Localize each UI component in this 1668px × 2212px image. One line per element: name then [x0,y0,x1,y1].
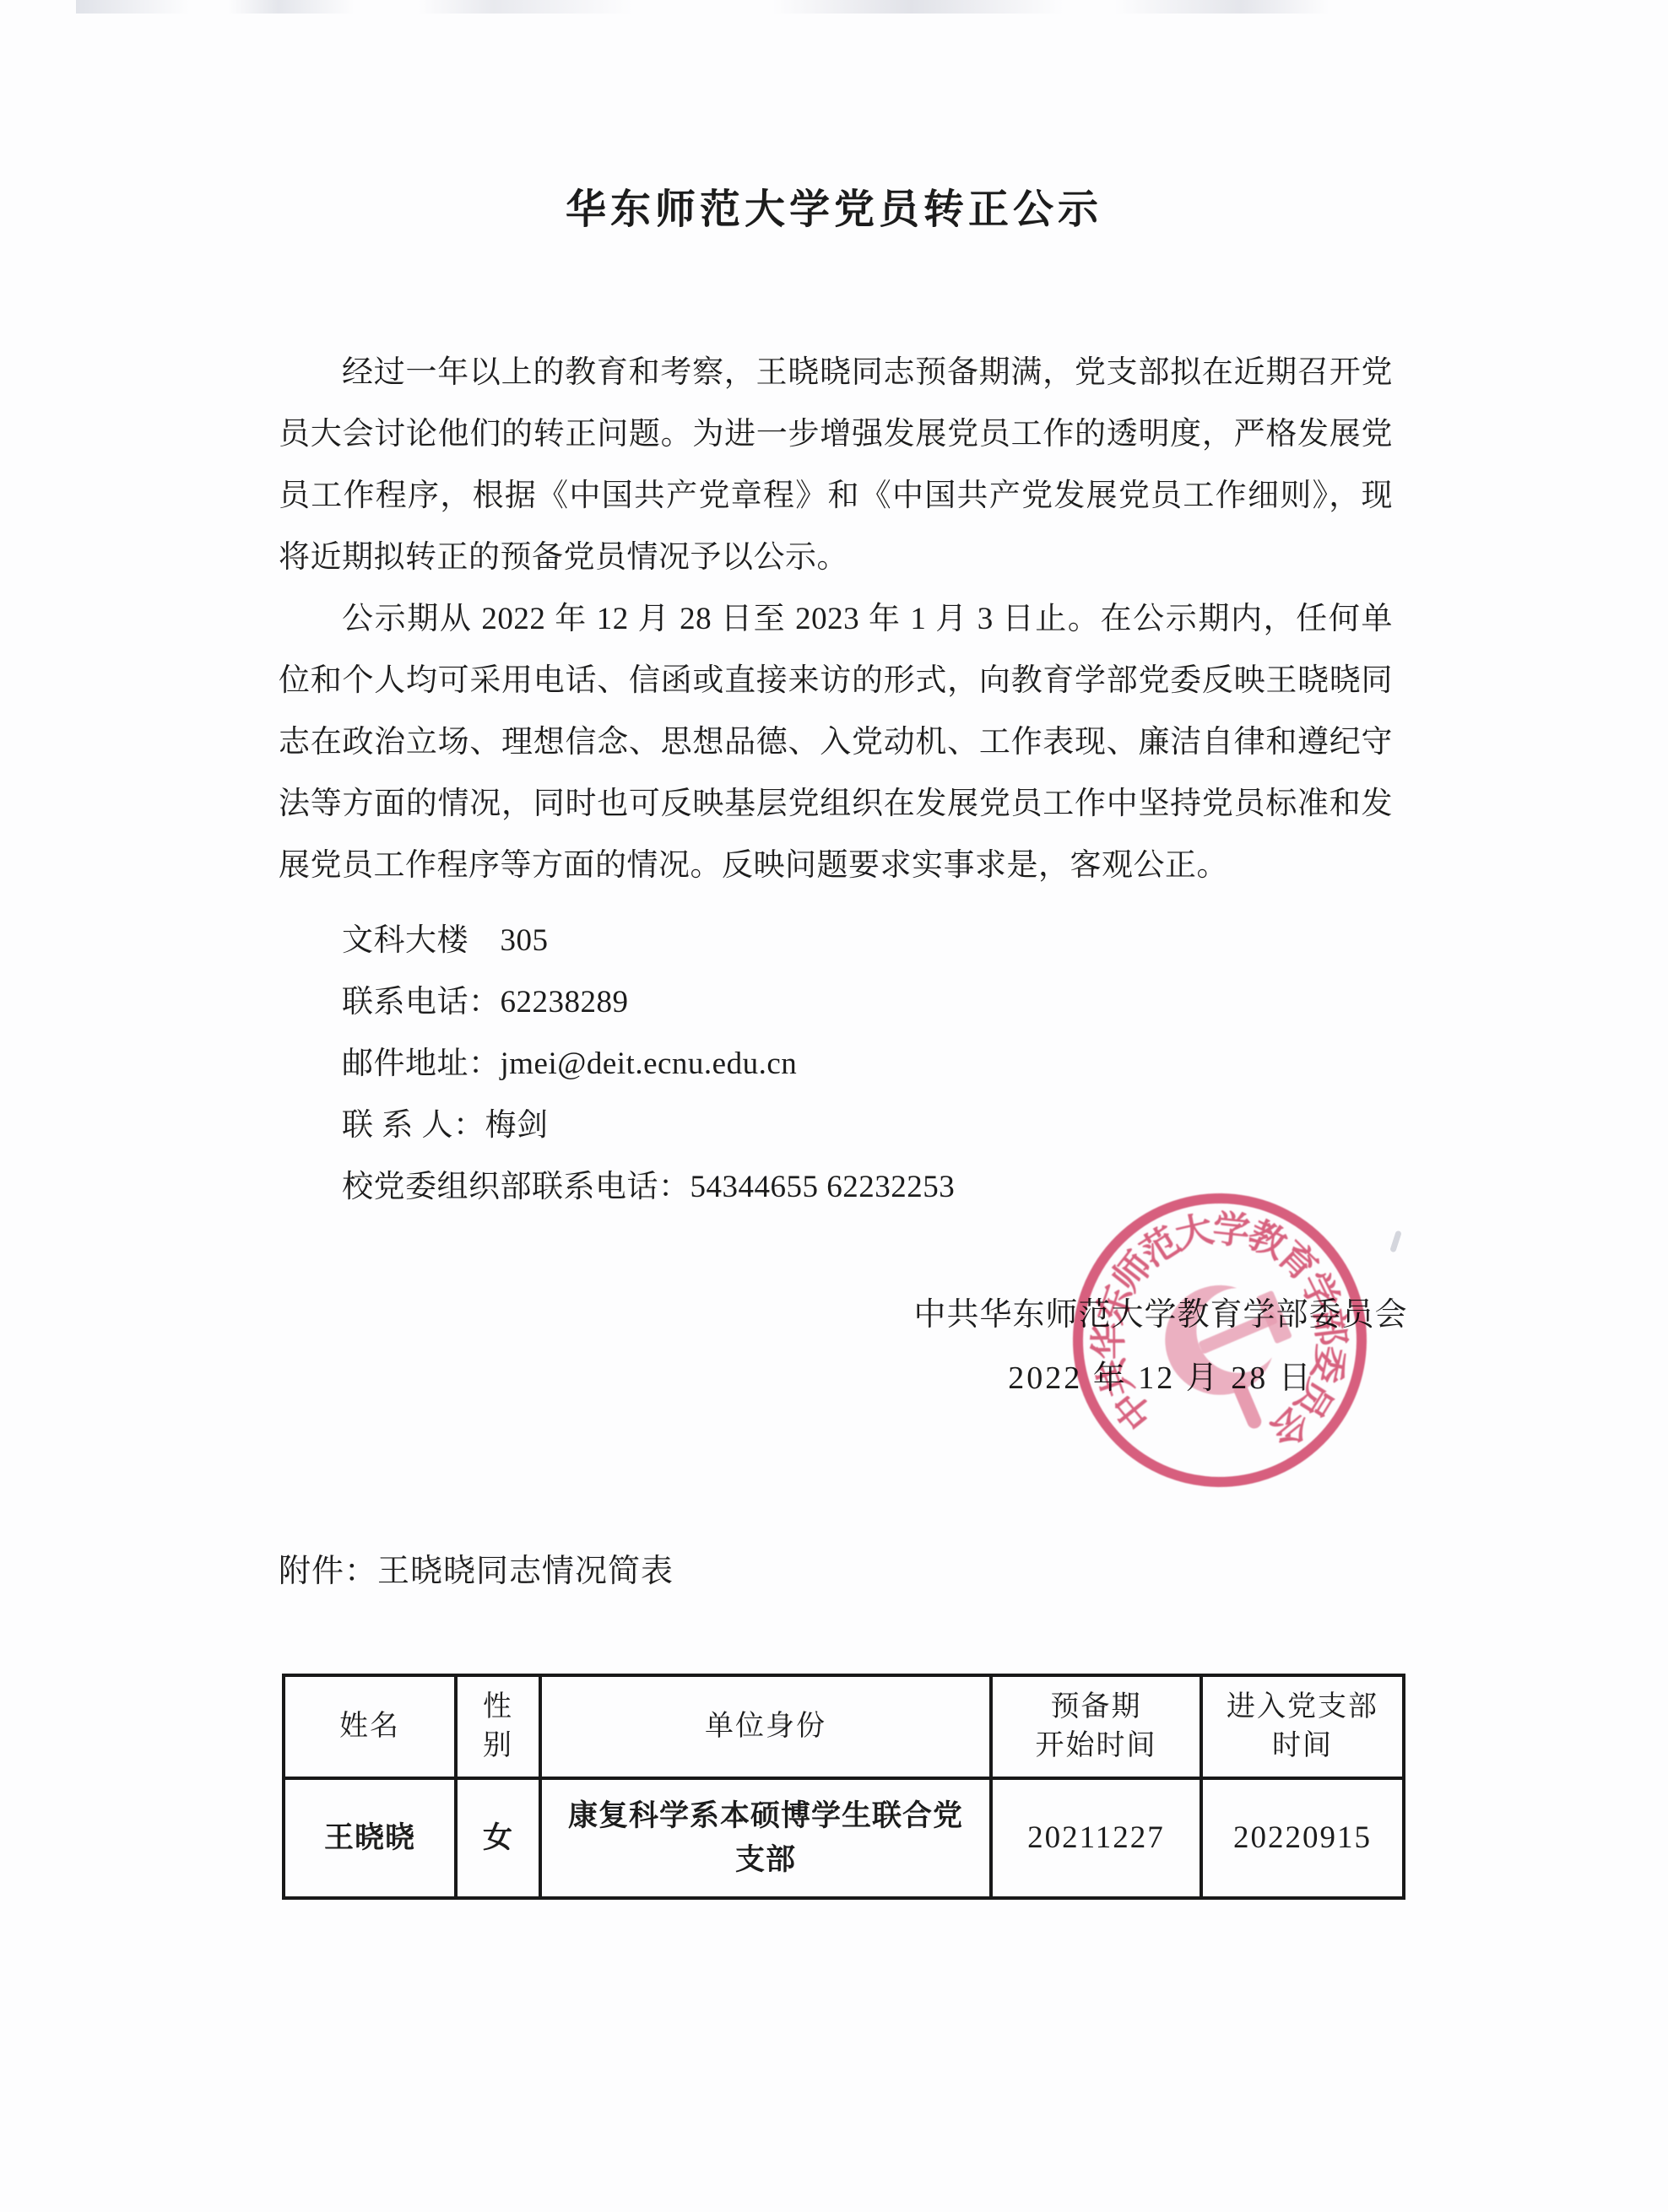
table-data-cell: 女 [458,1780,542,1896]
contact-line: 联系电话：62238289 [279,971,1393,1033]
table-header-cell: 预备期开始时间 [993,1677,1203,1780]
attachment-label: 附件：王晓晓同志情况简表 [279,1540,674,1603]
cell-line: 20211227 [1027,1816,1165,1860]
paragraphs: 经过一年以上的教育和考察，王晓晓同志预备期满，党支部拟在近期召开党员大会讨论他们… [279,342,1393,896]
spacer [279,896,1393,910]
table-header-cell: 姓名 [285,1677,458,1780]
contact-line: 文科大楼 305 [279,910,1393,971]
table-data-cell: 20211227 [993,1780,1203,1896]
paragraph-line: 将近期拟转正的预备党员情况予以公示。 [279,527,1393,588]
table-header-cell: 单位身份 [542,1677,993,1780]
cell-line: 单位身份 [705,1707,826,1746]
scanned-document-page: 华东师范大学党员转正公示 经过一年以上的教育和考察，王晓晓同志预备期满，党支部拟… [0,0,1668,2212]
cell-line: 康复科学系本硕博学生联合党 [568,1794,963,1838]
cell-line: 支部 [735,1838,796,1882]
cell-line: 进入党支部 [1227,1688,1378,1727]
paragraph-line: 员工作程序，根据《中国共产党章程》和《中国共产党发展党员工作细则》，现 [279,465,1393,527]
table-header-cell: 性别 [458,1677,542,1780]
contact-line: 邮件地址：jmei@deit.ecnu.edu.cn [279,1033,1393,1095]
paragraph-line: 展党员工作程序等方面的情况。反映问题要求实事求是，客观公正。 [279,835,1393,896]
cell-line: 预备期 [1051,1688,1142,1727]
scan-artifact-dot [1389,1230,1402,1253]
official-red-seal: 中共华东师范大学教育学部委员会 [1046,1166,1393,1513]
seal-svg: 中共华东师范大学教育学部委员会 [1046,1166,1393,1513]
table-data-cell: 康复科学系本硕博学生联合党支部 [542,1780,993,1896]
table-data-cell: 王晓晓 [285,1780,458,1896]
paragraph-line: 法等方面的情况，同时也可反映基层党组织在发展党员工作中坚持党员标准和发 [279,773,1393,835]
document-title: 华东师范大学党员转正公示 [0,184,1668,236]
table-data-cell: 20220915 [1203,1780,1402,1896]
contact-block: 文科大楼 305联系电话：62238289邮件地址：jmei@deit.ecnu… [279,910,1393,1218]
cell-line: 性 [483,1688,513,1727]
paragraph-line: 经过一年以上的教育和考察，王晓晓同志预备期满，党支部拟在近期召开党 [279,342,1393,403]
document-body: 经过一年以上的教育和考察，王晓晓同志预备期满，党支部拟在近期召开党员大会讨论他们… [279,342,1393,1218]
hammer-and-sickle-icon [1145,1258,1306,1423]
seal-character: 华 [1088,1322,1129,1360]
paragraph-line: 公示期从 2022 年 12 月 28 日至 2023 年 1 月 3 日止。在… [279,588,1393,650]
cell-line: 女 [483,1816,513,1860]
cell-line: 别 [483,1727,513,1766]
roster-table: 姓名性别单位身份预备期开始时间进入党支部时间王晓晓女康复科学系本硕博学生联合党支… [282,1674,1405,1900]
cell-line: 王晓晓 [324,1816,415,1860]
scan-artifact-top [76,0,1342,14]
cell-line: 20220915 [1233,1816,1372,1860]
paragraph-line: 志在政治立场、理想信念、思想品德、入党动机、工作表现、廉洁自律和遵纪守 [279,711,1393,773]
cell-line: 时间 [1272,1727,1333,1766]
paragraph-line: 员大会讨论他们的转正问题。为进一步增强发展党员工作的透明度，严格发展党 [279,403,1393,465]
cell-line: 开始时间 [1036,1727,1157,1766]
table-header-cell: 进入党支部时间 [1203,1677,1402,1780]
contact-line: 联 系 人：梅剑 [279,1095,1393,1156]
cell-line: 姓名 [339,1707,400,1746]
paragraph-line: 位和个人均可采用电话、信函或直接来访的形式，向教育学部党委反映王晓晓同 [279,650,1393,711]
